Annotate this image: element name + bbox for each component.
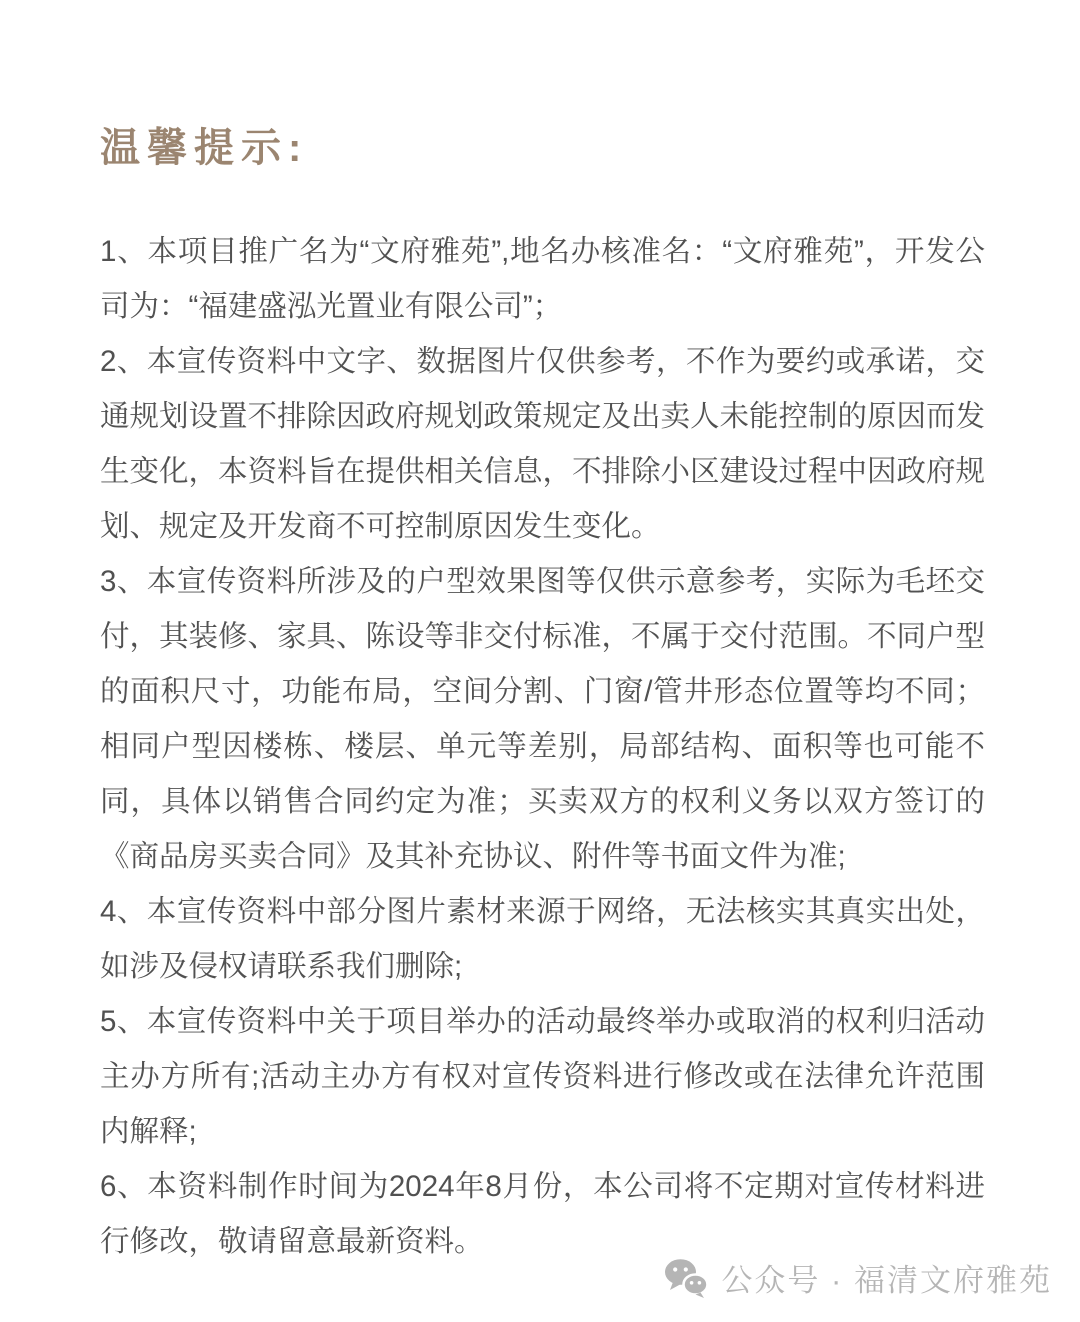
notice-list: 1、本项目推广名为“文府雅苑”,地名办核准名：“文府雅苑”，开发公司为：“福建盛… [100,224,985,1269]
page-title: 温馨提示: [100,126,985,170]
wechat-watermark: 公众号 · 福清文府雅苑 [663,1255,1052,1300]
disclaimer-page: 温馨提示: 1、本项目推广名为“文府雅苑”,地名办核准名：“文府雅苑”，开发公司… [0,0,1080,1322]
notice-item-6: 6、本资料制作时间为2024年8月份，本公司将不定期对宣传材料进行修改，敬请留意… [100,1159,985,1269]
notice-item-1: 1、本项目推广名为“文府雅苑”,地名办核准名：“文府雅苑”，开发公司为：“福建盛… [100,224,985,334]
notice-item-3: 3、本宣传资料所涉及的户型效果图等仅供示意参考，实际为毛坯交付，其装修、家具、陈… [100,554,985,884]
notice-item-4: 4、本宣传资料中部分图片素材来源于网络，无法核实其真实出处，如涉及侵权请联系我们… [100,884,985,994]
notice-item-2: 2、本宣传资料中文字、数据图片仅供参考，不作为要约或承诺，交通规划设置不排除因政… [100,334,985,554]
watermark-text: 公众号 · 福清文府雅苑 [721,1255,1052,1300]
notice-item-5: 5、本宣传资料中关于项目举办的活动最终举办或取消的权利归活动主办方所有;活动主办… [100,994,985,1159]
wechat-icon [663,1258,709,1298]
